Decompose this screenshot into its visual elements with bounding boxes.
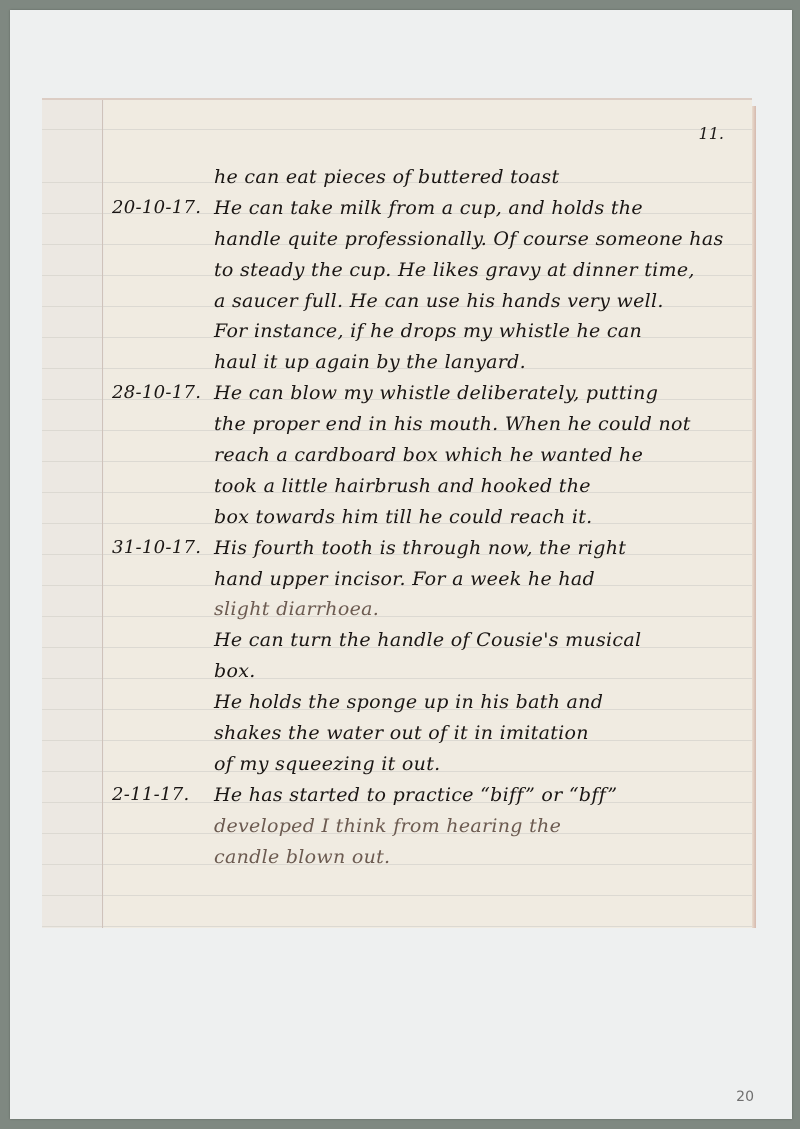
diary-line: 28-10-17. He can blow my whistle deliber… xyxy=(42,378,752,409)
entry-text: His fourth tooth is through now, the rig… xyxy=(214,533,626,563)
entry-text: He can turn the handle of Cousie's music… xyxy=(214,625,641,655)
diary-line: slight diarrhoea. xyxy=(42,594,752,625)
entry-text: shakes the water out of it in imitation xyxy=(214,718,589,748)
entry-text: candle blown out. xyxy=(214,842,390,872)
diary-line: handle quite professionally. Of course s… xyxy=(42,224,752,255)
notebook-page: 11. he can eat pieces of buttered toast … xyxy=(42,98,752,928)
diary-line: to steady the cup. He likes gravy at din… xyxy=(42,255,752,286)
entry-text: For instance, if he drops my whistle he … xyxy=(214,316,642,346)
entry-text: He can blow my whistle deliberately, put… xyxy=(214,378,658,408)
diary-line: box towards him till he could reach it. xyxy=(42,502,752,533)
diary-line: he can eat pieces of buttered toast xyxy=(42,162,752,193)
diary-line: developed I think from hearing the xyxy=(42,811,752,842)
entry-text: handle quite professionally. Of course s… xyxy=(214,224,724,254)
entry-text: the proper end in his mouth. When he cou… xyxy=(214,409,691,439)
entry-date: 2-11-17. xyxy=(112,780,190,810)
diary-line: He holds the sponge up in his bath and xyxy=(42,687,752,718)
diary-line: 2-11-17. He has started to practice “bif… xyxy=(42,780,752,811)
entry-text: box. xyxy=(214,656,256,686)
diary-line: of my squeezing it out. xyxy=(42,749,752,780)
diary-line: reach a cardboard box which he wanted he xyxy=(42,440,752,471)
entry-text: took a little hairbrush and hooked the xyxy=(214,471,591,501)
diary-line: 20-10-17. He can take milk from a cup, a… xyxy=(42,193,752,224)
entry-text: haul it up again by the lanyard. xyxy=(214,347,526,377)
entry-text: reach a cardboard box which he wanted he xyxy=(214,440,643,470)
mount-page-number: 20 xyxy=(736,1089,754,1105)
entry-text: developed I think from hearing the xyxy=(214,811,561,841)
entry-date: 28-10-17. xyxy=(112,378,201,408)
diary-entries: he can eat pieces of buttered toast 20-1… xyxy=(42,162,752,872)
diary-line: 31-10-17. His fourth tooth is through no… xyxy=(42,533,752,564)
entry-text: He can take milk from a cup, and holds t… xyxy=(214,193,643,223)
diary-line: shakes the water out of it in imitation xyxy=(42,718,752,749)
diary-line: a saucer full. He can use his hands very… xyxy=(42,286,752,317)
diary-line: For instance, if he drops my whistle he … xyxy=(42,316,752,347)
diary-line: He can turn the handle of Cousie's music… xyxy=(42,625,752,656)
entry-date: 20-10-17. xyxy=(112,193,201,223)
diary-line: hand upper incisor. For a week he had xyxy=(42,564,752,595)
entry-text: he can eat pieces of buttered toast xyxy=(214,162,559,192)
entry-text: slight diarrhoea. xyxy=(214,594,379,624)
entry-text: hand upper incisor. For a week he had xyxy=(214,564,595,594)
entry-text: to steady the cup. He likes gravy at din… xyxy=(214,255,695,285)
diary-line: candle blown out. xyxy=(42,842,752,873)
page-number: 11. xyxy=(699,124,724,143)
diary-line: took a little hairbrush and hooked the xyxy=(42,471,752,502)
diary-line: haul it up again by the lanyard. xyxy=(42,347,752,378)
diary-line: box. xyxy=(42,656,752,687)
entry-text: a saucer full. He can use his hands very… xyxy=(214,286,664,316)
entry-text: He has started to practice “biff” or “bf… xyxy=(214,780,617,810)
entry-text: of my squeezing it out. xyxy=(214,749,440,779)
mounting-sheet: 11. he can eat pieces of buttered toast … xyxy=(10,10,792,1119)
entry-date: 31-10-17. xyxy=(112,533,201,563)
entry-text: box towards him till he could reach it. xyxy=(214,502,592,532)
entry-text: He holds the sponge up in his bath and xyxy=(214,687,603,717)
diary-line: the proper end in his mouth. When he cou… xyxy=(42,409,752,440)
